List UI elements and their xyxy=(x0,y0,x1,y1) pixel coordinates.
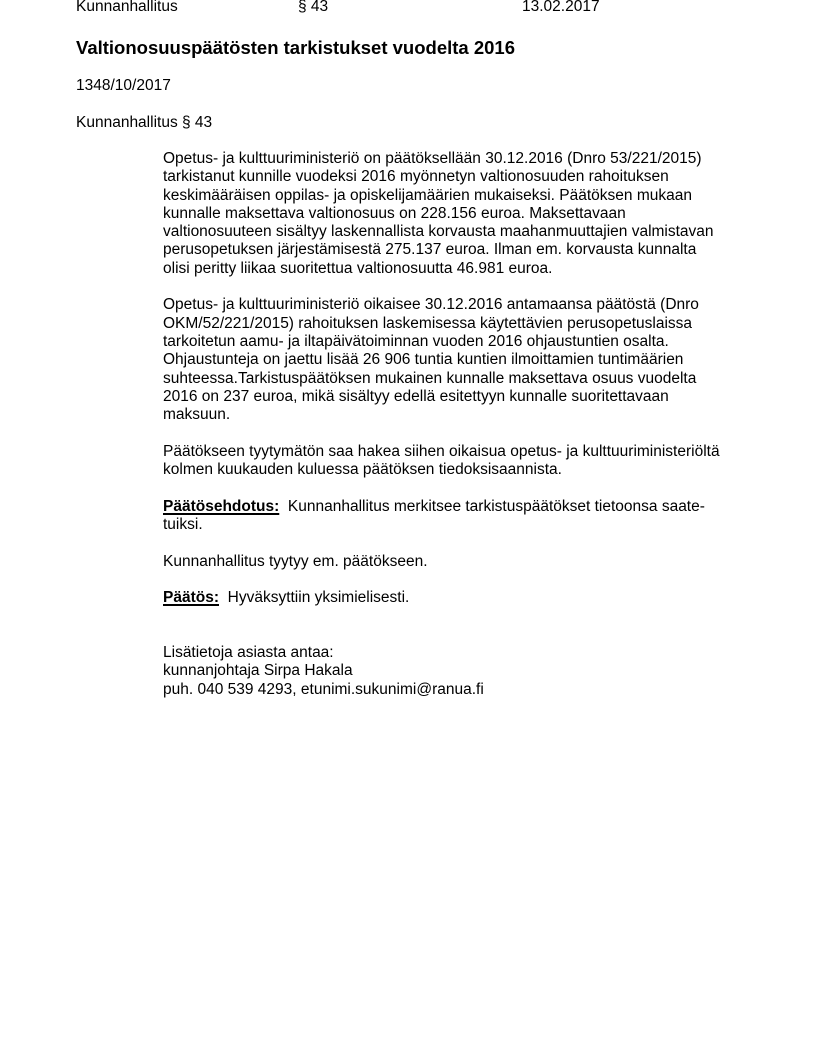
text-line: Päätökseen tyytymätön saa hakea siihen o… xyxy=(163,443,753,461)
text-line: valtionosuuteen sisältyy laskennallista … xyxy=(163,223,753,241)
text-line: 2016 on 237 euroa, mikä sisältyy edellä … xyxy=(163,388,753,406)
contact-intro: Lisätietoja asiasta antaa: xyxy=(163,644,753,662)
decision-proposal: Päätösehdotus: Kunnanhallitus merkitsee … xyxy=(163,498,753,535)
text-line: tarkistanut kunnille vuodeksi 2016 myönn… xyxy=(163,168,753,186)
text-line: perusopetuksen järjestämisestä 275.137 e… xyxy=(163,241,753,259)
text-line: Päätösehdotus: Kunnanhallitus merkitsee … xyxy=(163,498,753,516)
text-line: Opetus- ja kulttuuriministeriö oikaisee … xyxy=(163,296,753,314)
document-number: 1348/10/2017 xyxy=(76,76,171,96)
text-line: olisi peritty liikaa suoritettua valtion… xyxy=(163,260,753,278)
text-line: kunnalle maksettava valtionosuus on 228.… xyxy=(163,205,753,223)
proposal-text-continued: tuiksi. xyxy=(163,516,753,534)
header-date: 13.02.2017 xyxy=(522,0,600,17)
paragraph-ministry-decision: Opetus- ja kulttuuriministeriö on päätök… xyxy=(163,150,753,278)
board-statement: Kunnanhallitus tyytyy em. päätökseen. xyxy=(163,553,753,571)
header-paragraph: § 43 xyxy=(298,0,328,17)
page-header: Kunnanhallitus § 43 13.02.2017 xyxy=(76,0,776,17)
document-title: Valtionosuuspäätösten tarkistukset vuode… xyxy=(76,36,515,60)
contact-details: puh. 040 539 4293, etunimi.sukunimi@ranu… xyxy=(163,681,753,699)
contact-person: kunnanjohtaja Sirpa Hakala xyxy=(163,662,753,680)
paragraph-correction: Opetus- ja kulttuuriministeriö oikaisee … xyxy=(163,296,753,424)
proposal-text: Kunnanhallitus merkitsee tarkistuspäätök… xyxy=(288,498,705,515)
text-line: maksuun. xyxy=(163,406,753,424)
section-reference: Kunnanhallitus § 43 xyxy=(76,113,212,133)
text-line: OKM/52/221/2015) rahoituksen laskemisess… xyxy=(163,315,753,333)
decision-text: Hyväksyttiin yksimielisesti. xyxy=(228,589,410,606)
header-body-name: Kunnanhallitus xyxy=(76,0,178,17)
text-line: Ohjaustunteja on jaettu lisää 26 906 tun… xyxy=(163,351,753,369)
text-line: tarkoitetun aamu- ja iltapäivätoiminnan … xyxy=(163,333,753,351)
contact-info: Lisätietoja asiasta antaa: kunnanjohtaja… xyxy=(163,644,753,699)
text-line: suhteessa.Tarkistuspäätöksen mukainen ku… xyxy=(163,370,753,388)
text-line: keskimääräisen oppilas- ja opiskelijamää… xyxy=(163,187,753,205)
text-line: Opetus- ja kulttuuriministeriö on päätök… xyxy=(163,150,753,168)
text-line: kolmen kuukauden kuluessa päätöksen tied… xyxy=(163,461,753,479)
document-body: Opetus- ja kulttuuriministeriö on päätök… xyxy=(163,150,753,717)
paragraph-appeal-notice: Päätökseen tyytymätön saa hakea siihen o… xyxy=(163,443,753,480)
decision: Päätös: Hyväksyttiin yksimielisesti. xyxy=(163,589,753,607)
decision-label: Päätös: xyxy=(163,589,219,606)
proposal-label: Päätösehdotus: xyxy=(163,498,279,515)
